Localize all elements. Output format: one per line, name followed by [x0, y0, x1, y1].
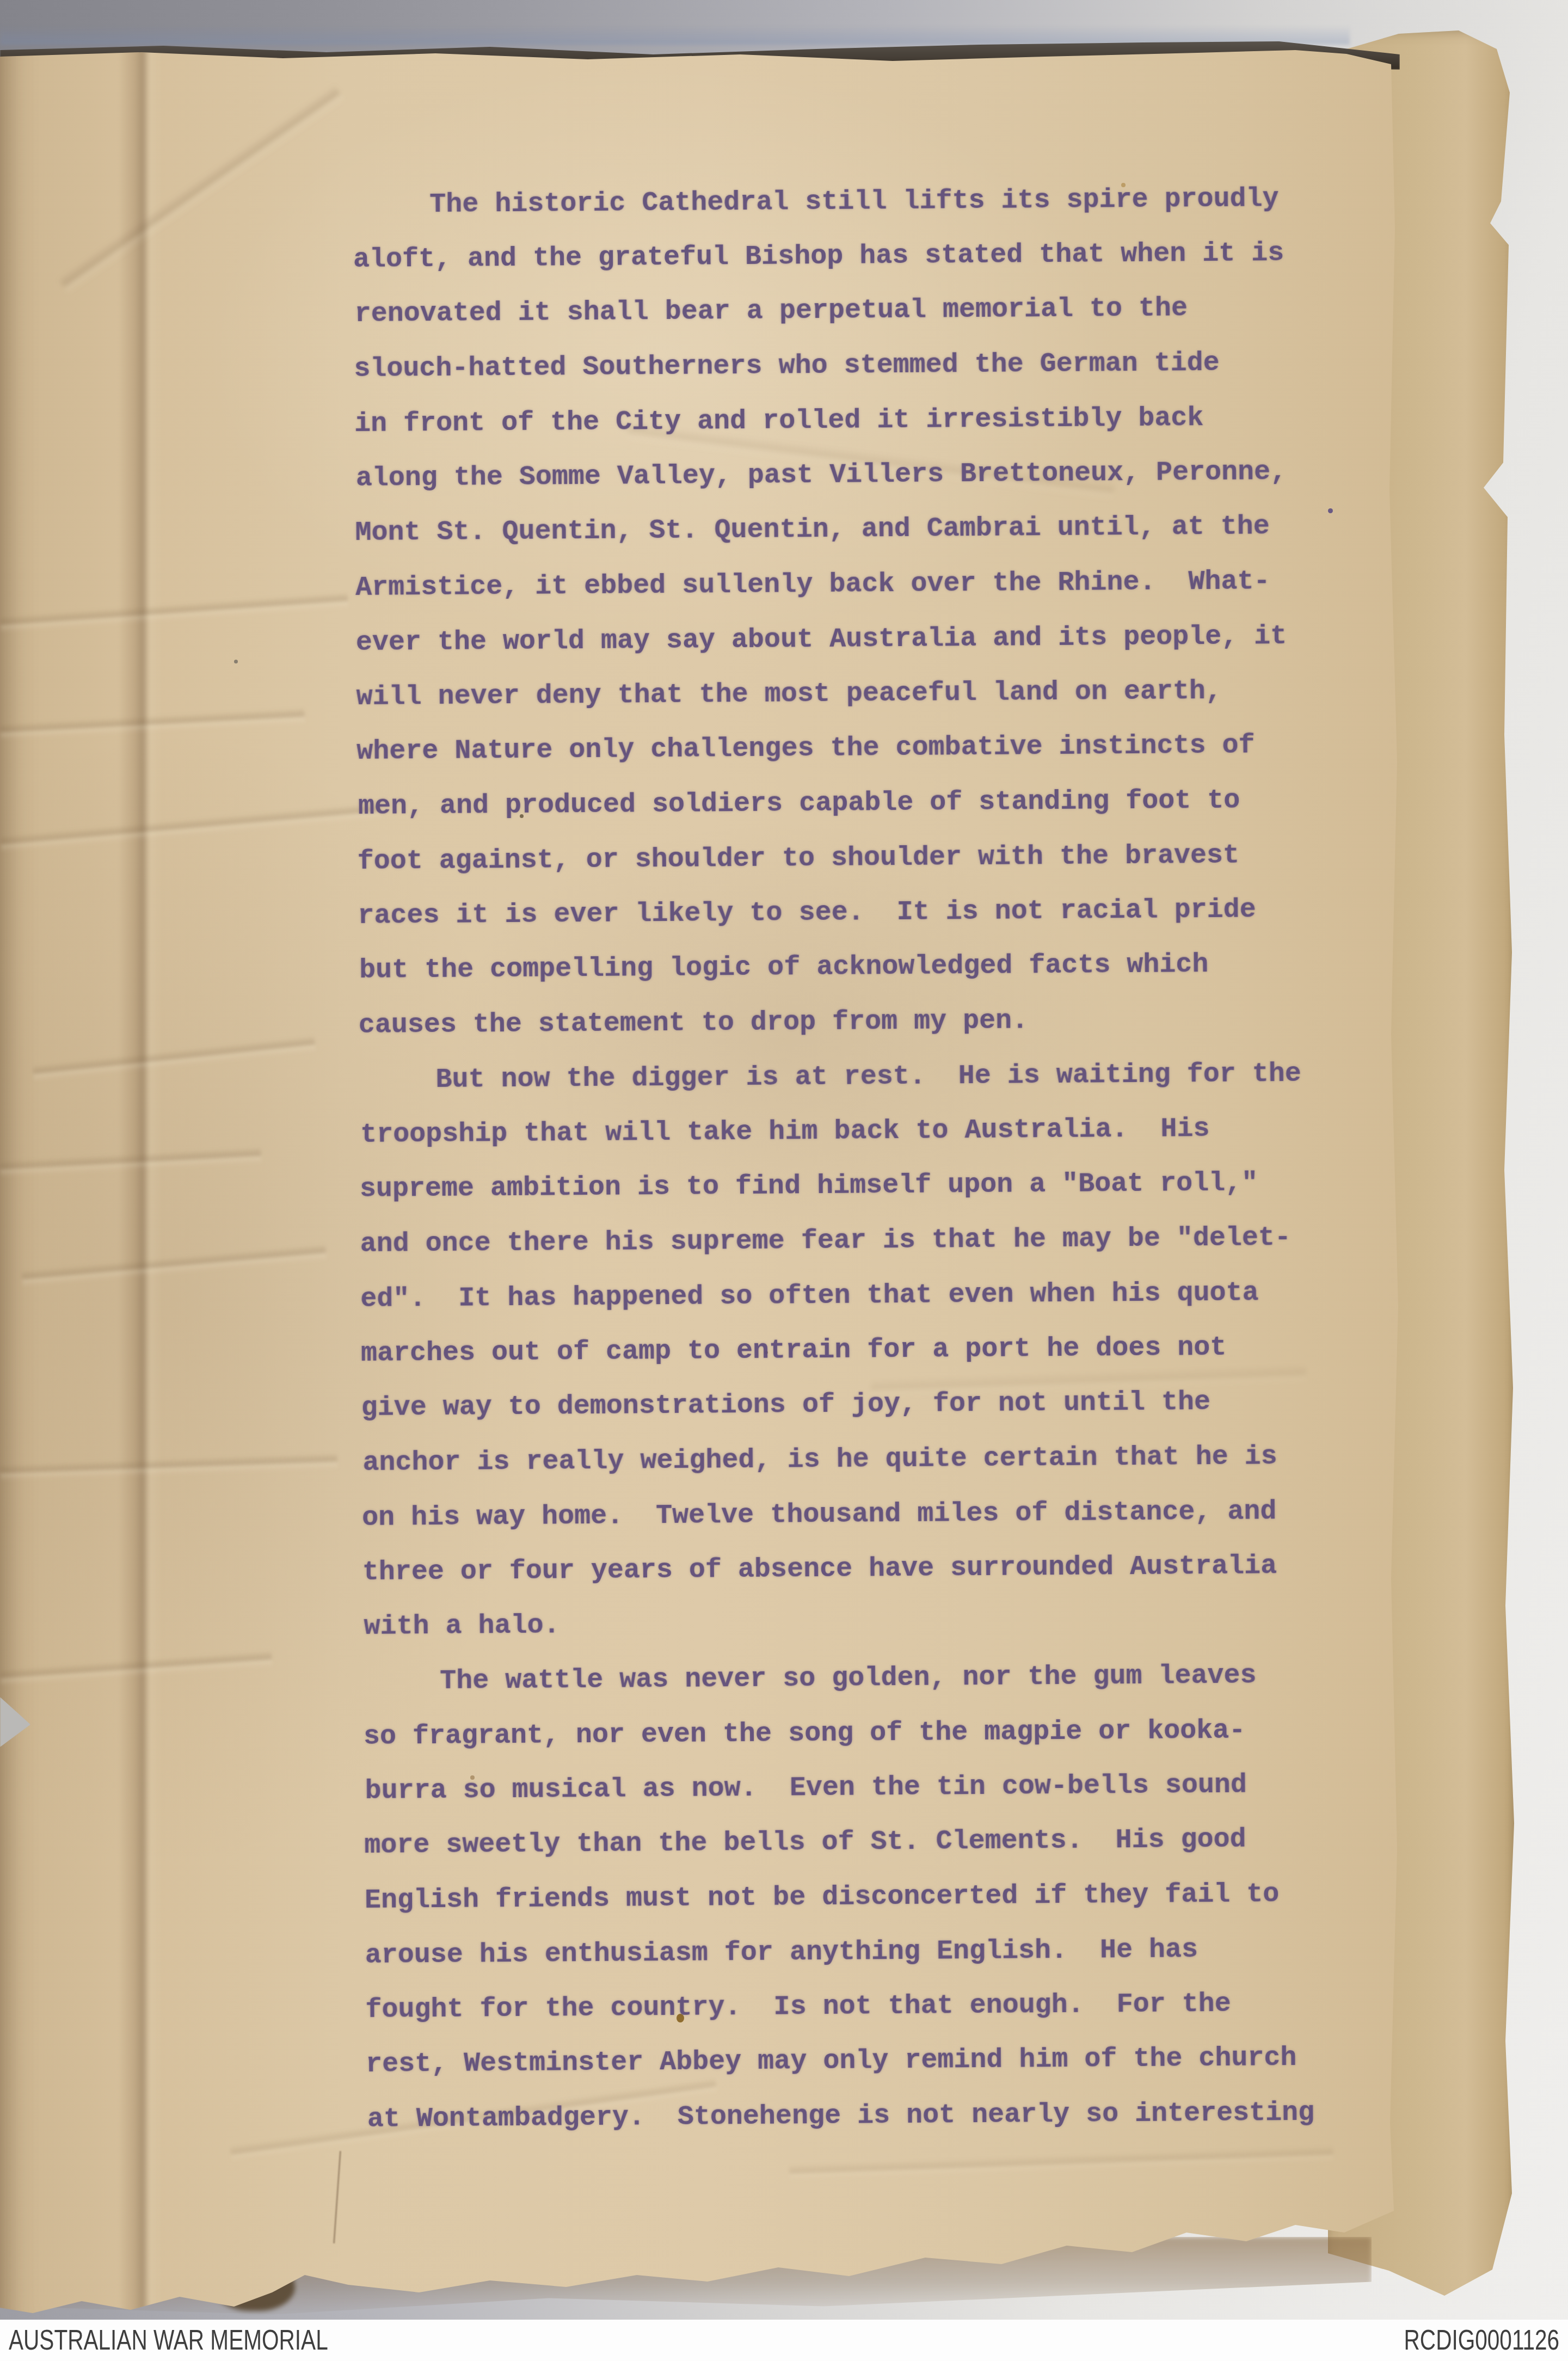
text-line: at Wontambadgery. Stonehenge is not near…: [367, 2086, 1337, 2147]
text-line: supreme ambition is to find himself upon…: [360, 1156, 1329, 1218]
corner-crease: [58, 84, 346, 294]
vertical-fold-crease: [119, 0, 162, 2361]
text-line: but the compelling logic of acknowledged…: [359, 937, 1329, 999]
text-line: aloft, and the grateful Bishop has state…: [353, 226, 1323, 287]
text-line: more sweetly than the bells of St. Cleme…: [364, 1812, 1333, 1874]
text-line: so fragrant, nor even the song of the ma…: [364, 1704, 1333, 1765]
text-line: But now the digger is at rest. He is wai…: [359, 1047, 1328, 1109]
text-line: foot against, or shoulder to shoulder wi…: [357, 828, 1326, 890]
text-line: rest, Westminster Abbey may only remind …: [366, 2031, 1335, 2092]
wrinkle: [0, 592, 348, 633]
edge-tear: [0, 1697, 30, 1747]
wrinkle: [0, 803, 381, 852]
wrinkle: [22, 1244, 327, 1287]
text-line: ever the world may say about Australia a…: [356, 610, 1325, 671]
text-line: ed". It has happened so often that even …: [360, 1266, 1330, 1327]
paper-speck: [234, 660, 238, 663]
text-line: marches out of camp to entrain for a por…: [361, 1320, 1330, 1381]
text-line: and once there his supreme fear is that …: [360, 1210, 1329, 1272]
wrinkle: [0, 1453, 337, 1481]
scanner-shadow: [0, 25, 1350, 45]
ink-dot: [1328, 508, 1333, 513]
text-line: renovated it shall bear a perpetual memo…: [354, 281, 1324, 342]
text-line: three or four years of absence have surr…: [362, 1539, 1332, 1600]
text-line: fought for the country. Is not that enou…: [365, 1976, 1335, 2038]
text-line: troopship that will take him back to Aus…: [360, 1101, 1330, 1163]
text-line: will never deny that the most peaceful l…: [356, 663, 1325, 725]
text-line: Armistice, it ebbed sullenly back over t…: [355, 554, 1325, 616]
text-line: anchor is really weighed, is he quite ce…: [362, 1429, 1332, 1491]
wrinkle: [33, 1036, 316, 1081]
text-line: slouch-hatted Southerners who stemmed th…: [354, 335, 1323, 397]
wrinkle: [789, 2146, 1333, 2181]
text-line: with a halo.: [364, 1593, 1333, 1655]
text-line: arouse his enthusiasm for anything Engli…: [365, 1922, 1334, 1983]
footer-left-label: AUSTRALIAN WAR MEMORIAL: [9, 2324, 328, 2357]
text-line: men, and produced soldiers capable of st…: [358, 773, 1327, 834]
text-line: races it is ever likely to see. It is no…: [358, 882, 1327, 944]
document-scan: The historic Cathedral still lifts its s…: [0, 0, 1568, 2361]
text-line: causes the statement to drop from my pen…: [359, 992, 1328, 1053]
footer-bar: AUSTRALIAN WAR MEMORIAL RCDIG0001126: [0, 2320, 1568, 2361]
document-page: The historic Cathedral still lifts its s…: [0, 0, 1568, 2361]
paper-crack: [333, 2151, 341, 2243]
text-line: along the Somme Valley, past Villers Bre…: [356, 445, 1325, 506]
text-line: in front of the City and rolled it irres…: [354, 391, 1324, 452]
footer-catalog-id: RCDIG0001126: [1404, 2324, 1559, 2357]
text-line: on his way home. Twelve thousand miles o…: [362, 1485, 1331, 1546]
text-line: where Nature only challenges the combati…: [356, 718, 1326, 780]
text-line: Mont St. Quentin, St. Quentin, and Cambr…: [355, 500, 1324, 561]
text-line: give way to demonstrations of joy, for n…: [361, 1375, 1330, 1436]
text-line: English friends must not be disconcerted…: [365, 1867, 1334, 1928]
text-line: The historic Cathedral still lifts its s…: [353, 172, 1322, 233]
text-line: burra so musical as now. Even the tin co…: [365, 1757, 1334, 1819]
typewritten-text: The historic Cathedral still lifts its s…: [353, 171, 1335, 2147]
text-line: The wattle was never so golden, nor the …: [363, 1648, 1332, 1710]
